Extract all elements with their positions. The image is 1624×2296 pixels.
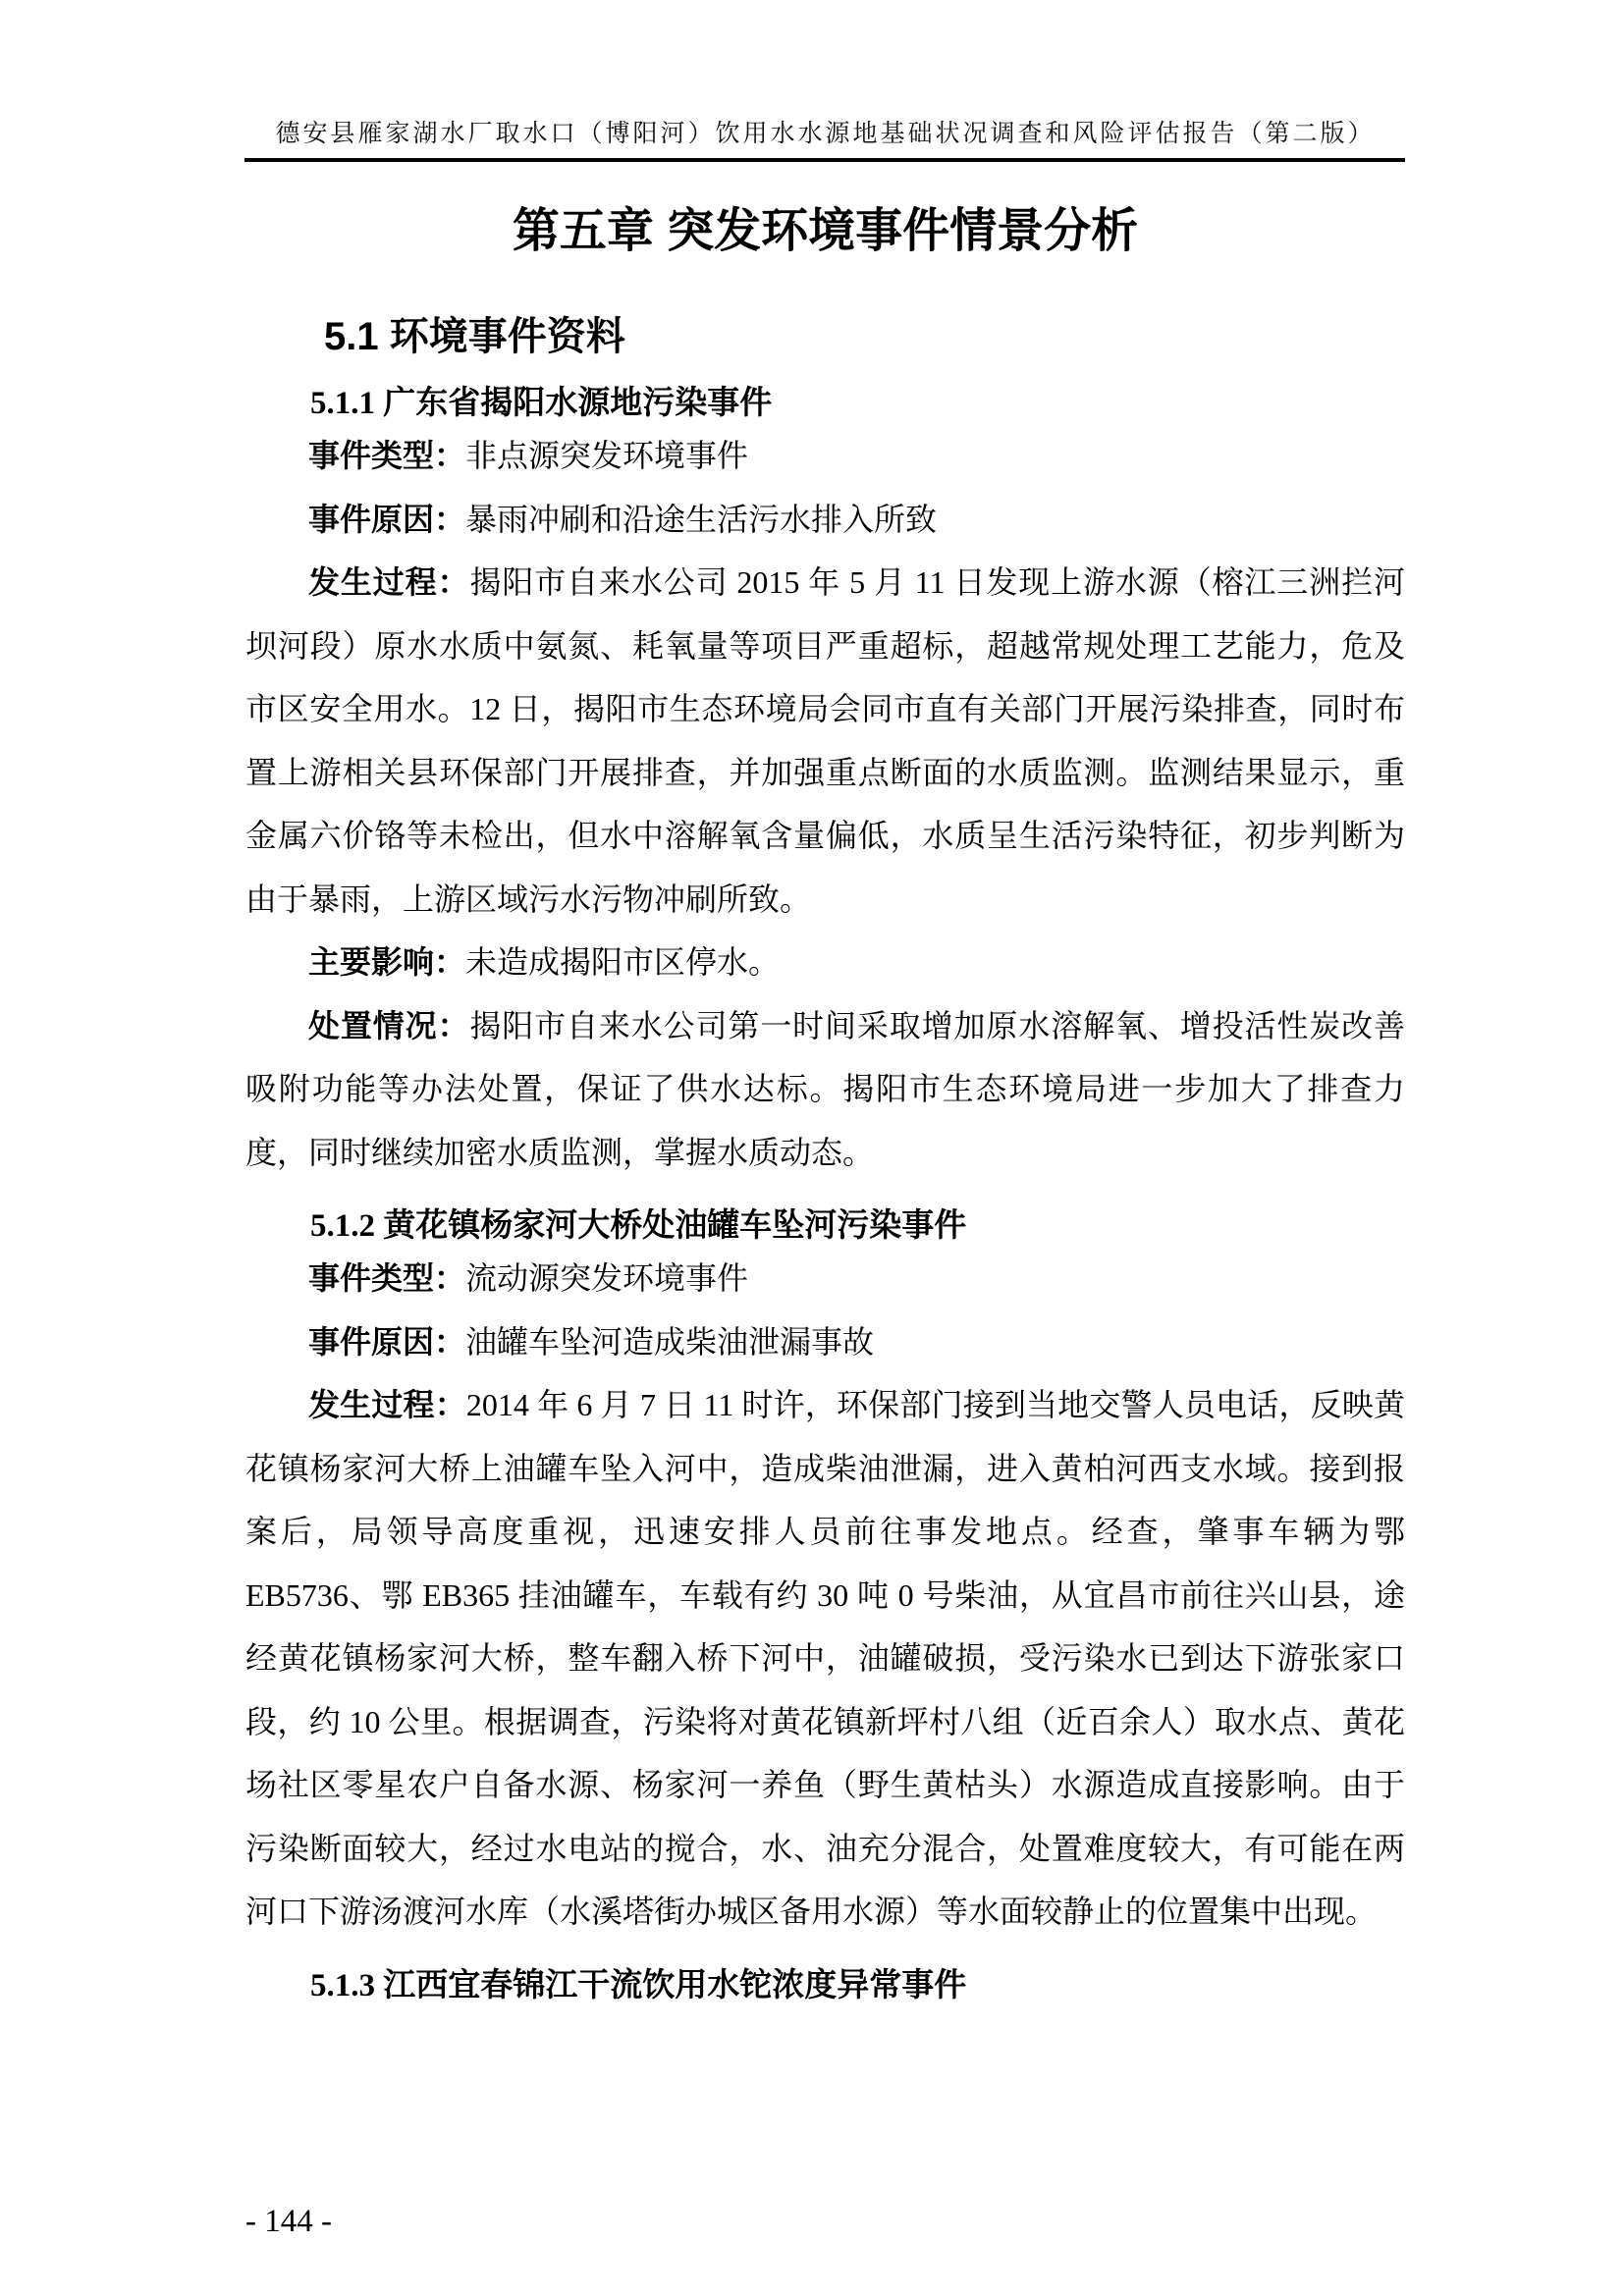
paragraph-disposal-1: 处置情况：揭阳市自来水公司第一时间采取增加原水溶解氧、增投活性炭改善吸附功能等办… xyxy=(245,994,1405,1185)
paragraph-event-process-1: 发生过程：揭阳市自来水公司 2015 年 5 月 11 日发现上游水源（榕江三洲… xyxy=(245,551,1405,931)
paragraph-event-cause-1: 事件原因：暴雨冲刷和沿途生活污水排入所致 xyxy=(245,488,1405,552)
subsection-heading-5-1-1: 5.1.1 广东省揭阳水源地污染事件 xyxy=(245,383,1405,424)
paragraph-label: 发生过程： xyxy=(308,1387,466,1422)
section-heading-5-1: 5.1 环境事件资料 xyxy=(245,312,1405,361)
paragraph-label: 事件类型： xyxy=(308,1260,465,1296)
page-number: - 144 - xyxy=(245,2202,332,2241)
paragraph-text: 暴雨冲刷和沿途生活污水排入所致 xyxy=(465,502,937,537)
paragraph-text: 流动源突发环境事件 xyxy=(465,1260,748,1296)
paragraph-main-impact-1: 主要影响：未造成揭阳市区停水。 xyxy=(245,931,1405,994)
paragraph-label: 发生过程： xyxy=(308,564,469,600)
paragraph-text: 油罐车坠河造成柴油泄漏事故 xyxy=(465,1324,874,1360)
paragraph-event-cause-2: 事件原因：油罐车坠河造成柴油泄漏事故 xyxy=(245,1310,1405,1374)
paragraph-event-type-2: 事件类型：流动源突发环境事件 xyxy=(245,1247,1405,1310)
paragraph-label: 事件原因： xyxy=(308,1324,465,1360)
running-header: 德安县雁家湖水厂取水口（博阳河）饮用水水源地基础状况调查和风险评估报告（第二版） xyxy=(245,114,1405,149)
paragraph-label: 主要影响： xyxy=(308,944,465,980)
paragraph-text: 2014 年 6 月 7 日 11 时许，环保部门接到当地交警人员电话，反映黄花… xyxy=(245,1387,1405,1929)
paragraph-label: 处置情况： xyxy=(308,1008,469,1043)
subsection-heading-5-1-3: 5.1.3 江西宜春锦江干流饮用水铊浓度异常事件 xyxy=(245,1965,1405,2006)
paragraph-text: 非点源突发环境事件 xyxy=(465,438,748,473)
paragraph-label: 事件原因： xyxy=(308,502,465,537)
paragraph-label: 事件类型： xyxy=(308,438,465,473)
page-content: 第五章 突发环境事件情景分析 5.1 环境事件资料 5.1.1 广东省揭阳水源地… xyxy=(245,202,1405,2006)
paragraph-event-process-2: 发生过程：2014 年 6 月 7 日 11 时许，环保部门接到当地交警人员电话… xyxy=(245,1373,1405,1944)
header-divider xyxy=(244,158,1405,162)
document-page: 德安县雁家湖水厂取水口（博阳河）饮用水水源地基础状况调查和风险评估报告（第二版）… xyxy=(0,0,1624,2296)
paragraph-event-type-1: 事件类型：非点源突发环境事件 xyxy=(245,424,1405,488)
paragraph-text: 未造成揭阳市区停水。 xyxy=(465,944,780,980)
subsection-heading-5-1-2: 5.1.2 黄花镇杨家河大桥处油罐车坠河污染事件 xyxy=(245,1205,1405,1247)
paragraph-text: 揭阳市自来水公司 2015 年 5 月 11 日发现上游水源（榕江三洲拦河坝河段… xyxy=(245,564,1405,917)
chapter-title: 第五章 突发环境事件情景分析 xyxy=(245,202,1405,261)
